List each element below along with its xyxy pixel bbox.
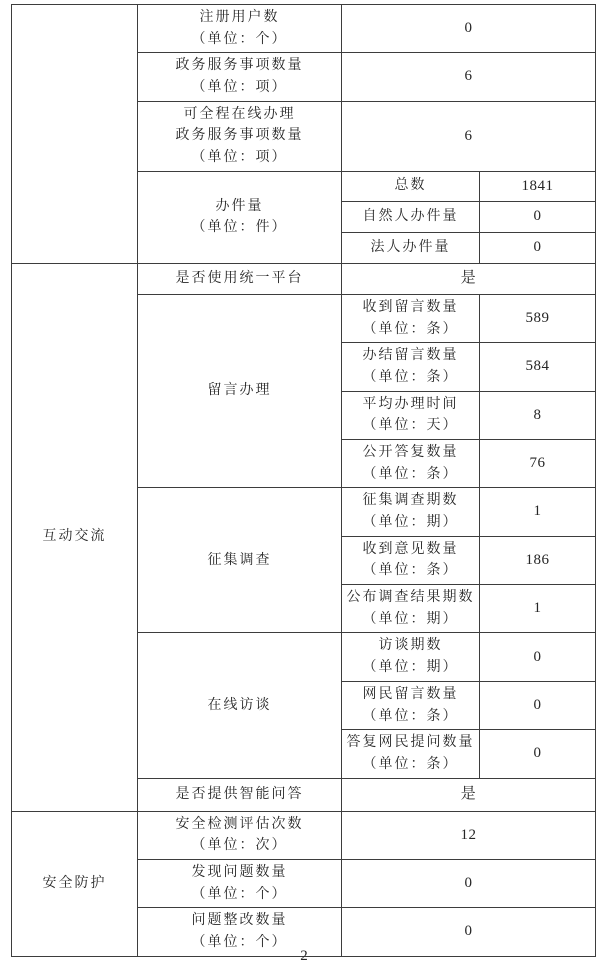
cell-cases-total-value: 1841 — [480, 171, 596, 201]
cell-section1-category — [12, 5, 138, 264]
cell-published-results-value: 1 — [480, 585, 596, 633]
cell-cases-legal-person-label: 法人办件量 — [342, 232, 480, 263]
cell-received-messages-label: 收到留言数量 （单位：条） — [342, 294, 480, 342]
page-number: 2 — [0, 948, 608, 965]
report-page: 注册用户数 （单位：个） 0 政务服务事项数量 （单位：项） 6 可全程在线办理… — [0, 0, 608, 979]
cell-received-opinions-label: 收到意见数量 （单位：条） — [342, 536, 480, 584]
cell-problems-found-value: 0 — [342, 859, 596, 907]
cell-problems-found-label: 发现问题数量 （单位：个） — [138, 859, 342, 907]
cell-cases-natural-person-value: 0 — [480, 201, 596, 232]
cell-public-replies-label: 公开答复数量 （单位：条） — [342, 439, 480, 487]
cell-interview-periods-value: 0 — [480, 633, 596, 681]
cell-cases-legal-person-value: 0 — [480, 232, 596, 263]
cell-completed-messages-label: 办结留言数量 （单位：条） — [342, 343, 480, 391]
cell-unified-platform-label: 是否使用统一平台 — [138, 263, 342, 294]
cell-section2-category: 互动交流 — [12, 263, 138, 811]
cell-received-messages-value: 589 — [480, 294, 596, 342]
cell-avg-handling-time-value: 8 — [480, 391, 596, 439]
cell-online-service-items-label: 可全程在线办理 政务服务事项数量 （单位：项） — [138, 101, 342, 171]
cell-registered-users-label: 注册用户数 （单位：个） — [138, 5, 342, 53]
cell-received-opinions-value: 186 — [480, 536, 596, 584]
statistics-table: 注册用户数 （单位：个） 0 政务服务事项数量 （单位：项） 6 可全程在线办理… — [11, 4, 596, 957]
cell-registered-users-value: 0 — [342, 5, 596, 53]
cell-survey-periods-label: 征集调查期数 （单位：期） — [342, 488, 480, 536]
cell-netizen-messages-label: 网民留言数量 （单位：条） — [342, 681, 480, 729]
cell-cases-group-label: 办件量 （单位：件） — [138, 171, 342, 263]
cell-public-replies-value: 76 — [480, 439, 596, 487]
cell-published-results-label: 公布调查结果期数 （单位：期） — [342, 585, 480, 633]
cell-completed-messages-value: 584 — [480, 343, 596, 391]
cell-cases-natural-person-label: 自然人办件量 — [342, 201, 480, 232]
cell-smart-qa-label: 是否提供智能问答 — [138, 778, 342, 811]
cell-replies-to-questions-value: 0 — [480, 730, 596, 778]
cell-cases-total-label: 总数 — [342, 171, 480, 201]
cell-message-handling-group-label: 留言办理 — [138, 294, 342, 488]
cell-service-items-label: 政务服务事项数量 （单位：项） — [138, 53, 342, 101]
cell-interviews-group-label: 在线访谈 — [138, 633, 342, 778]
cell-security-assessments-value: 12 — [342, 811, 596, 859]
cell-surveys-group-label: 征集调查 — [138, 488, 342, 633]
cell-unified-platform-value: 是 — [342, 263, 596, 294]
cell-service-items-value: 6 — [342, 53, 596, 101]
cell-survey-periods-value: 1 — [480, 488, 596, 536]
cell-interview-periods-label: 访谈期数 （单位：期） — [342, 633, 480, 681]
cell-online-service-items-value: 6 — [342, 101, 596, 171]
cell-netizen-messages-value: 0 — [480, 681, 596, 729]
cell-security-assessments-label: 安全检测评估次数 （单位：次） — [138, 811, 342, 859]
cell-section3-category: 安全防护 — [12, 811, 138, 956]
cell-replies-to-questions-label: 答复网民提问数量 （单位：条） — [342, 730, 480, 778]
cell-smart-qa-value: 是 — [342, 778, 596, 811]
cell-avg-handling-time-label: 平均办理时间 （单位：天） — [342, 391, 480, 439]
